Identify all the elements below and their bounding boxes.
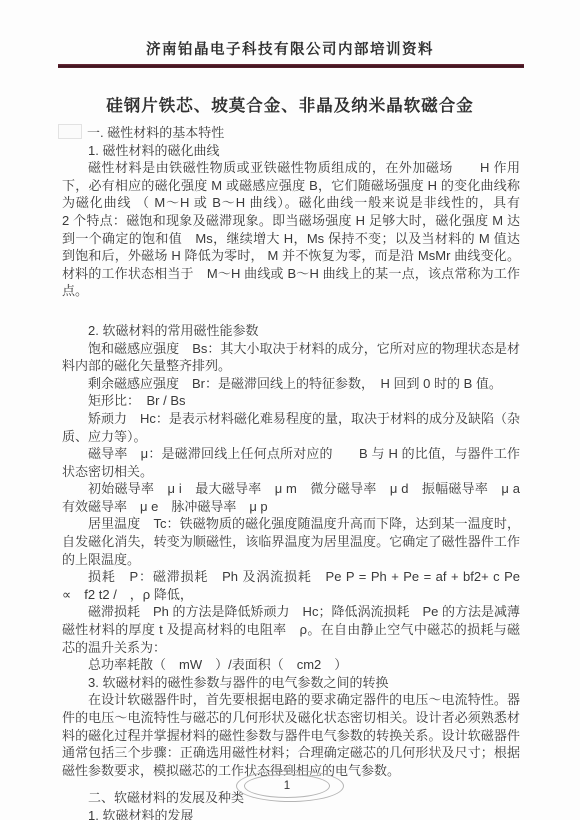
scan-artifact-box: [58, 124, 82, 139]
paragraph: 矫顽力 Hc：是表示材料磁化难易程度的量，取决于材料的成分及缺陷（杂质、应力等）…: [62, 410, 520, 445]
section-heading: 3. 软磁材料的磁性参数与器件的电气参数之间的转换: [62, 674, 520, 692]
page-number-oval-inner: 1: [244, 774, 330, 798]
document-header: 济南铂晶电子科技有限公司内部培训资料: [0, 38, 580, 59]
paragraph: 磁滞损耗 Ph 的方法是降低矫顽力 Hc；降低涡流损耗 Pe 的方法是减薄磁性材…: [62, 603, 520, 656]
section-heading: 一. 磁性材料的基本特性: [62, 124, 520, 142]
paragraph: 居里温度 Tc：铁磁物质的磁化强度随温度升高而下降，达到某一温度时，自发磁化消失…: [62, 515, 520, 568]
section-heading: 1. 软磁材料的发展: [62, 807, 520, 820]
section-heading: 2. 软磁材料的常用磁性能参数: [62, 322, 520, 340]
paragraph: 剩余磁感应强度 Br：是磁滞回线上的特征参数， H 回到 0 时的 B 值。: [62, 375, 520, 393]
paragraph: 在设计软磁器件时，首先要根据电路的要求确定器件的电压～电流特性。器件的电压～电流…: [62, 691, 520, 779]
header-divider: [58, 64, 524, 68]
paragraph: 磁性材料是由铁磁性物质或亚铁磁性物质组成的，在外加磁场 H 作用下，必有相应的磁…: [62, 159, 520, 300]
paragraph: 饱和磁感应强度 Bs：其大小取决于材料的成分，它所对应的物理状态是材料内部的磁化…: [62, 340, 520, 375]
paragraph: 磁导率 μ：是磁滞回线上任何点所对应的 B 与 H 的比值，与器件工作状态密切相…: [62, 445, 520, 480]
paragraph-spacer: [62, 300, 520, 322]
paragraph: 矩形比： Br / Bs: [62, 392, 520, 410]
document-body: 一. 磁性材料的基本特性1. 磁性材料的磁化曲线磁性材料是由铁磁性物质或亚铁磁性…: [62, 124, 520, 820]
paragraph: 初始磁导率 μ i 最大磁导率 μ m 微分磁导率 μ d 振幅磁导率 μ a …: [62, 480, 520, 515]
page-number: 1: [284, 780, 290, 792]
page-footer: 1: [236, 770, 344, 802]
section-heading: 1. 磁性材料的磁化曲线: [62, 142, 520, 160]
document-page: 济南铂晶电子科技有限公司内部培训资料 硅钢片铁芯、坡莫合金、非晶及纳米晶软磁合金…: [0, 0, 580, 820]
page-number-oval-outer: 1: [236, 770, 344, 802]
document-title: 硅钢片铁芯、坡莫合金、非晶及纳米晶软磁合金: [0, 92, 580, 116]
paragraph: 总功率耗散（ mW ）/表面积（ cm2 ）: [62, 656, 520, 674]
paragraph: 损耗 P：磁滞损耗 Ph 及涡流损耗 Pe P = Ph + Pe = af +…: [62, 568, 520, 603]
